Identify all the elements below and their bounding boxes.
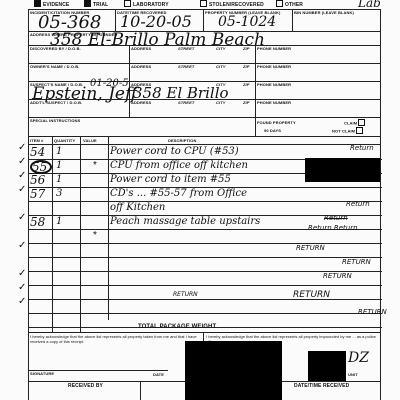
item-number [30, 201, 52, 215]
redaction-block [305, 158, 380, 182]
address-label: ADDRESS [131, 46, 151, 51]
type-trial: TRIAL [84, 1, 108, 8]
col-header-item: ITEM # [30, 138, 44, 143]
phone-label: PHONE NUMBER [257, 46, 291, 51]
return-note: RETURN [323, 272, 352, 280]
item-quantity: 3 [56, 187, 80, 201]
item-value [83, 215, 107, 229]
return-note: RETURN [358, 308, 387, 316]
checkbox-trial[interactable] [84, 0, 91, 7]
address-impounded[interactable]: 358 El-Brillo Palm Beach [50, 30, 265, 50]
received-by-label: RECEIVED BY [68, 383, 103, 389]
unit-label: UNIT [348, 372, 358, 377]
checkbox-stolen-recovered[interactable] [200, 0, 207, 7]
street-label: Street [178, 64, 194, 69]
item-quantity: 1 [56, 215, 80, 229]
divider [203, 9, 204, 31]
type-laboratory: LABORATORY [124, 1, 169, 8]
return-note: RETURN [342, 258, 371, 266]
zip-label: Zip [243, 82, 250, 87]
item-value: * [83, 159, 107, 173]
street-label: Street [178, 100, 194, 105]
type-other: OTHER [276, 1, 303, 8]
checkbox-evidence[interactable] [34, 0, 41, 7]
datetime-received-label: DATE/TIME RECEIVED [294, 383, 349, 389]
redaction-block [185, 341, 282, 400]
return-note: Return [350, 144, 374, 152]
owner-label: OWNER'S NAME / D.O.B. [30, 64, 80, 69]
phone-label: PHONE NUMBER [257, 82, 291, 87]
return-note: Return Return [308, 224, 358, 232]
date-recovered[interactable]: 10-20-05 [120, 12, 192, 31]
return-note: RETURN [293, 290, 330, 300]
bin-number-label: BIN NUMBER (Leave Blank) [294, 10, 354, 15]
item-number: 56 [30, 173, 52, 187]
officer-initials: DZ [348, 350, 369, 366]
redaction-block [308, 351, 346, 381]
divider [255, 117, 256, 136]
item-value [83, 173, 107, 187]
col-header-description: DESCRIPTION [168, 138, 196, 143]
item-number: 57 [30, 187, 52, 201]
item-description: Power cord to CPU (#53) [110, 145, 380, 159]
item-value [83, 187, 107, 201]
type-evidence: EVIDENCE [34, 1, 69, 8]
zip-label: Zip [243, 100, 250, 105]
item-number: 54 [30, 145, 52, 159]
zip-label: Zip [243, 46, 250, 51]
date-label: DATE [153, 372, 164, 377]
claim-option: CLAIM [344, 120, 367, 127]
checkmark-icon: ✓ [18, 184, 26, 195]
discovered-by-label: DISCOVERED BY / D.O.B. [30, 46, 81, 51]
divider [28, 45, 381, 46]
city-label: City [216, 64, 226, 69]
acknowledgement-left: I hereby acknowledge that the above list… [30, 334, 200, 344]
checkmark-icon: ✓ [18, 212, 26, 223]
days-label: 90 DAYS [264, 128, 281, 133]
return-note: RETURN [296, 244, 325, 252]
item-value: * [83, 229, 107, 243]
checkbox-not-claim[interactable] [356, 127, 363, 134]
divider [28, 117, 381, 118]
addtl-suspect-label: ADDT'L SUSPECT / D.O.B. [30, 100, 82, 105]
street-label: Street [178, 46, 194, 51]
checkmark-icon: ✓ [18, 268, 26, 279]
city-label: City [216, 82, 226, 87]
property-receipt-form: EVIDENCE TRIAL LABORATORY STOLEN/RECOVER… [28, 0, 382, 400]
total-package-weight-label: TOTAL PACKAGE WEIGHT [138, 324, 216, 330]
item-quantity [56, 201, 80, 215]
found-property-label: FOUND PROPERTY [257, 120, 296, 125]
divider [292, 9, 293, 31]
checkbox-laboratory[interactable] [124, 0, 131, 7]
property-number[interactable]: 05-1024 [218, 14, 276, 30]
checkmark-icon: ✓ [18, 142, 26, 153]
checkbox-claim[interactable] [358, 119, 365, 126]
special-instructions-label: SPECIAL INSTRUCTIONS [30, 118, 80, 123]
not-claim-option: NOT CLAIM [332, 128, 365, 135]
item-description: off Kitchen [110, 201, 380, 215]
signature-label: SIGNATURE [30, 371, 54, 376]
item-description: CD's ... #55-57 from Office [110, 187, 380, 201]
checkbox-other[interactable] [276, 0, 283, 7]
phone-label: PHONE NUMBER [257, 64, 291, 69]
col-header-quantity: QUANTITY [54, 138, 75, 143]
address-label: ADDRESS [131, 100, 151, 105]
address-label: ADDRESS [131, 64, 151, 69]
phone-label: PHONE NUMBER [257, 100, 291, 105]
item-number: 58 [30, 215, 52, 229]
table-row[interactable]: 57 3 CD's ... #55-57 from Office [28, 187, 382, 202]
checkmark-icon: ✓ [18, 282, 26, 293]
city-label: City [216, 100, 226, 105]
checkmark-icon: ✓ [18, 240, 26, 251]
checkmark-icon: ✓ [18, 156, 26, 167]
table-row[interactable] [28, 299, 382, 314]
divider [28, 63, 381, 64]
table-row[interactable] [28, 257, 382, 272]
type-stolen-recovered: STOLEN/RECOVERED [200, 1, 264, 8]
item-value [83, 201, 107, 215]
checkmark-icon: ✓ [18, 170, 26, 181]
return-note: Return [346, 200, 370, 208]
city-label: City [216, 46, 226, 51]
divider [115, 9, 116, 31]
return-note: Return [324, 214, 348, 222]
item-quantity: 1 [56, 173, 80, 187]
col-header-value: VALUE [83, 138, 97, 143]
zip-label: Zip [243, 64, 250, 69]
return-note: RETURN [173, 291, 198, 298]
evidence-property-form-page: EVIDENCE TRIAL LABORATORY STOLEN/RECOVER… [0, 0, 400, 400]
divider [140, 381, 141, 400]
item-quantity: 1 [56, 159, 80, 173]
item-quantity: 1 [56, 145, 80, 159]
item-number-circled: 55 [30, 160, 52, 174]
table-row[interactable] [28, 243, 382, 258]
checkmark-icon: ✓ [18, 296, 26, 307]
divider [28, 332, 381, 333]
item-value [83, 145, 107, 159]
